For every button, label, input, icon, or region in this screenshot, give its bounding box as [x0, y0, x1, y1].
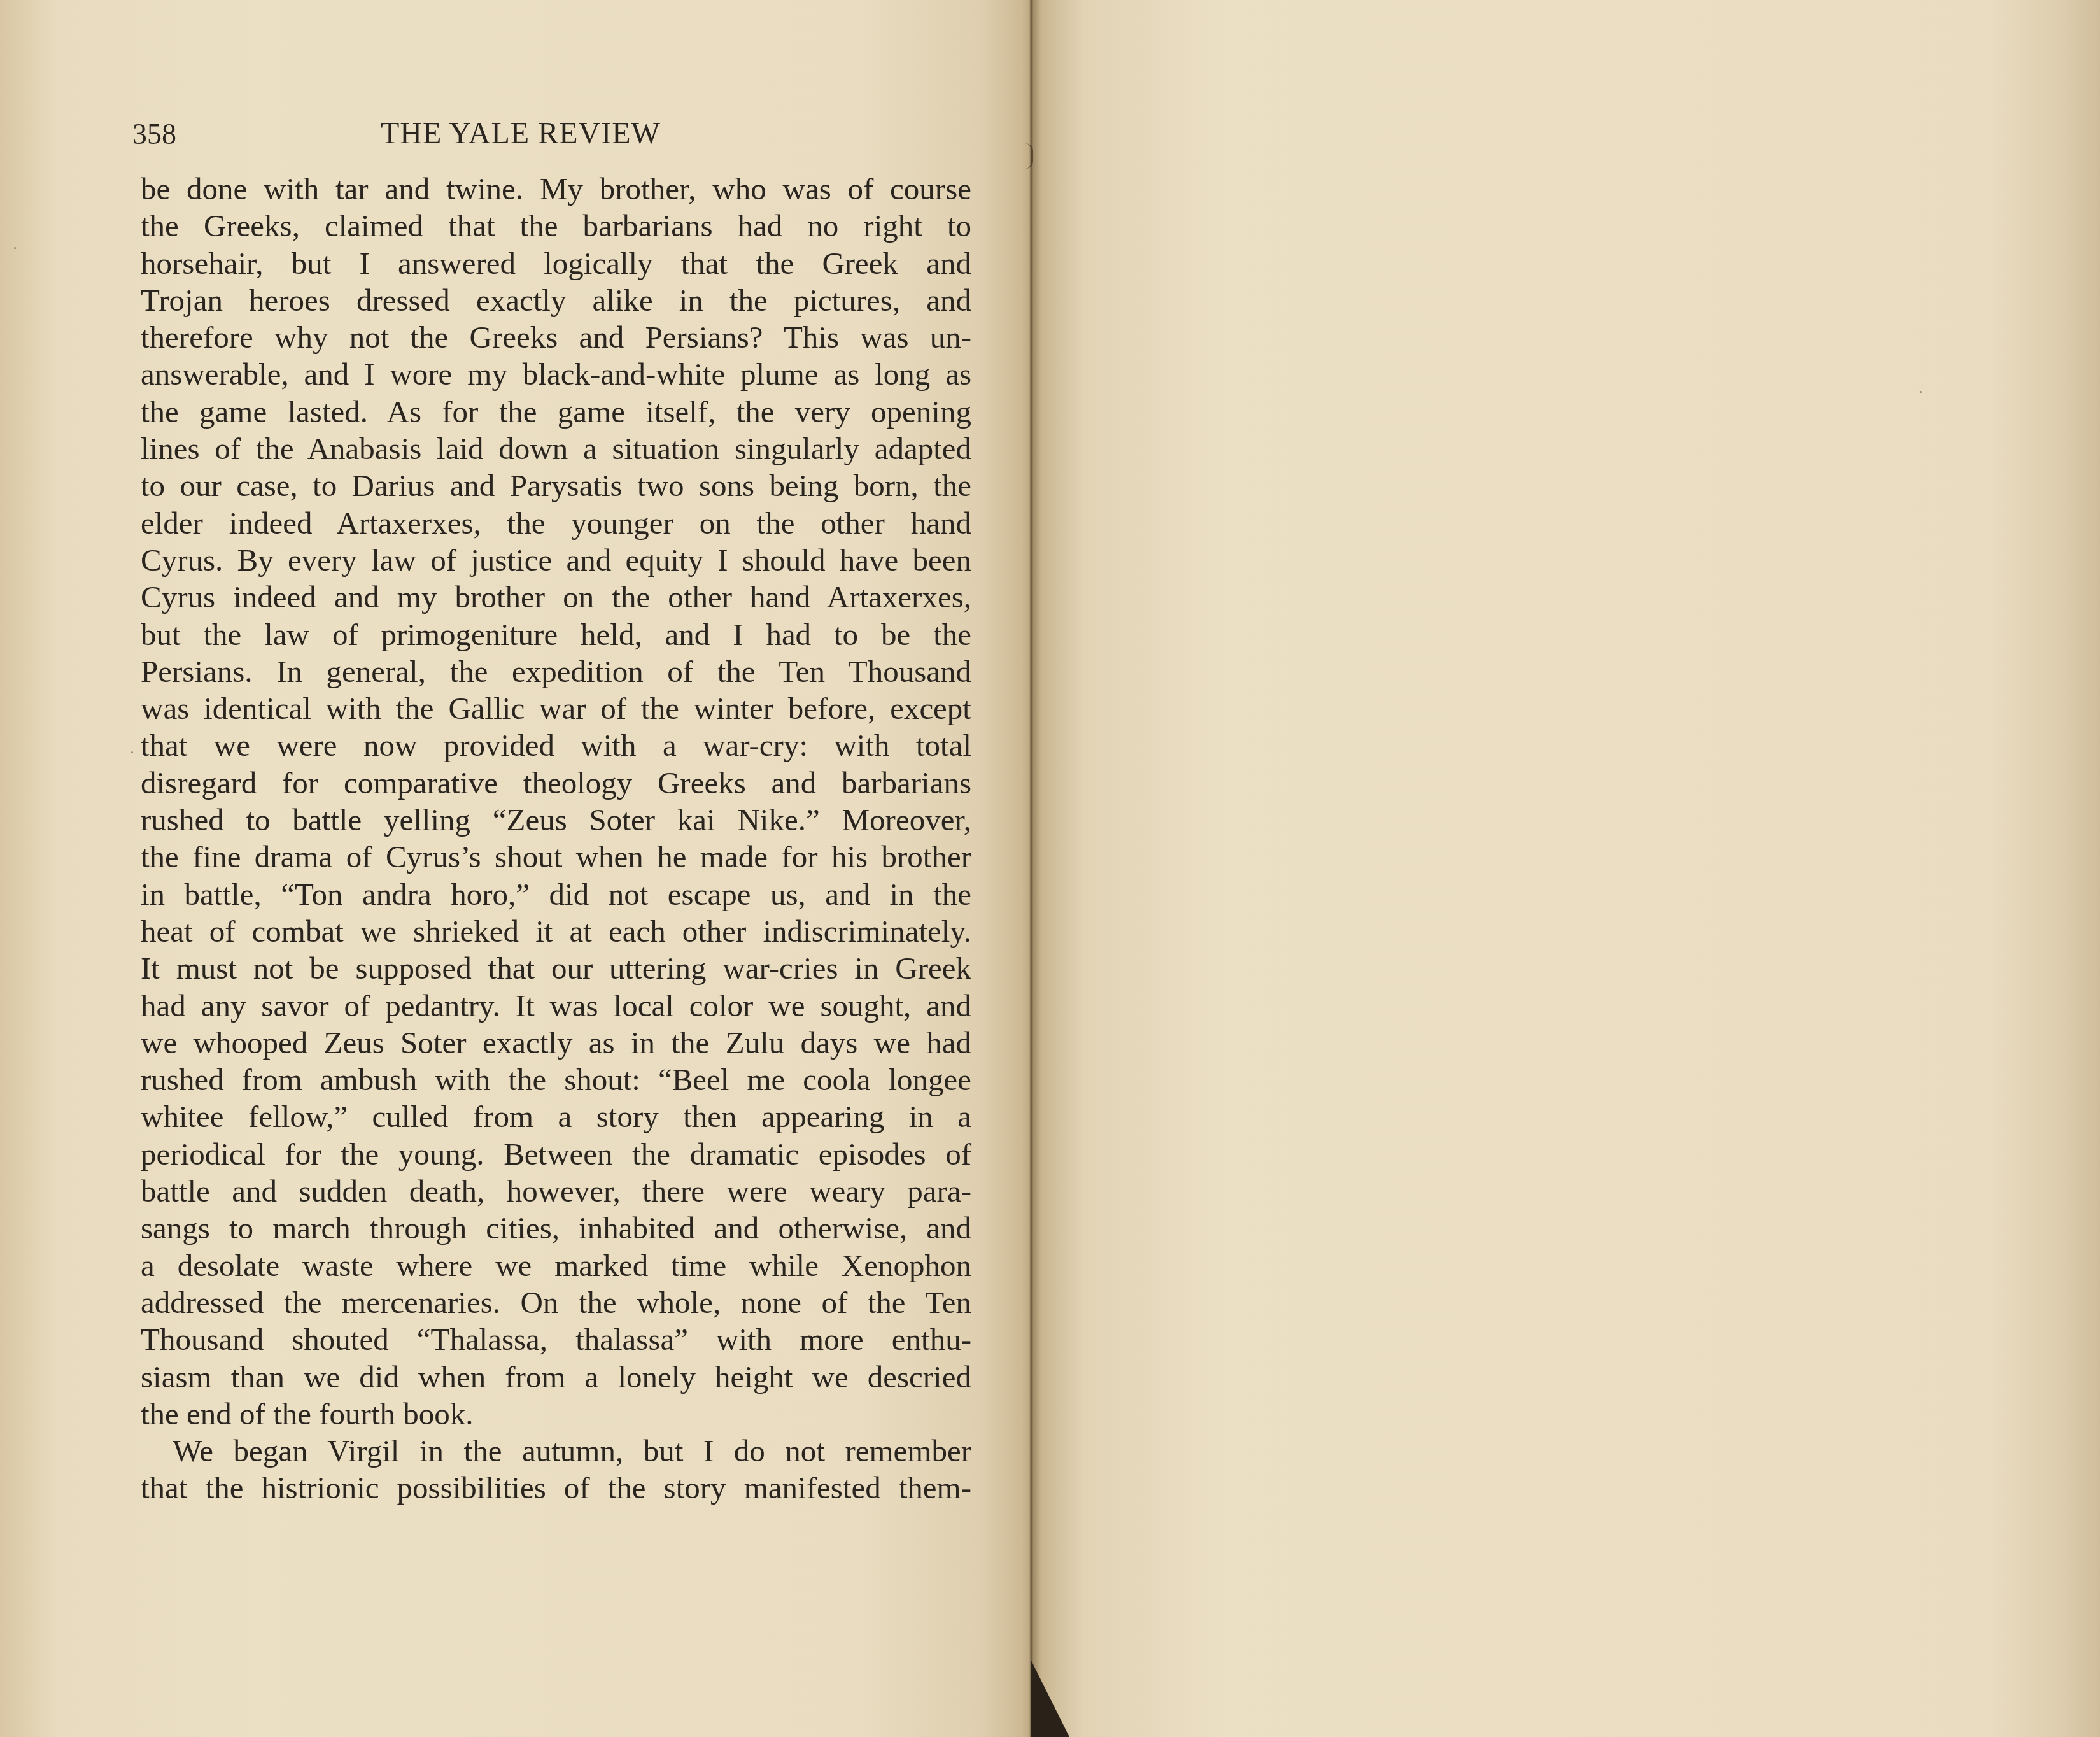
text-line: that we were now provided with a war-cry… — [141, 727, 971, 764]
text-line: but the law of primogeniture held, and I… — [141, 616, 971, 653]
text-line: periodical for the young. Between the dr… — [141, 1136, 971, 1173]
text-line: in battle, “Ton andra horo,” did not esc… — [141, 876, 971, 913]
gutter-crease — [1022, 143, 1033, 169]
text-line: to our case, to Darius and Parysatis two… — [141, 467, 971, 504]
text-line: that the histrionic possibilities of the… — [141, 1470, 971, 1507]
page-number: 358 — [132, 120, 176, 149]
text-line: We began Virgil in the autumn, but I do … — [141, 1433, 971, 1470]
running-head: THE YALE REVIEW — [381, 118, 661, 149]
paper-speck — [131, 751, 133, 753]
text-line: had any savor of pedantry. It was local … — [141, 988, 971, 1024]
text-line: rushed from ambush with the shout: “Beel… — [141, 1061, 971, 1098]
text-line: siasm than we did when from a lonely hei… — [141, 1359, 971, 1396]
text-line: rushed to battle yelling “Zeus Soter kai… — [141, 802, 971, 839]
text-line: lines of the Anabasis laid down a situat… — [141, 430, 971, 467]
text-line: Trojan heroes dressed exactly alike in t… — [141, 282, 971, 319]
book-gutter — [1029, 0, 1033, 1737]
text-line: we whooped Zeus Soter exactly as in the … — [141, 1024, 971, 1061]
text-line: sangs to march through cities, inhabited… — [141, 1210, 971, 1247]
text-line: the end of the fourth book. — [141, 1396, 971, 1433]
text-line: horsehair, but I answered logically that… — [141, 245, 971, 282]
text-line: It must not be supposed that our utterin… — [141, 950, 971, 987]
spine-shadow — [1031, 1661, 1069, 1737]
text-line: Cyrus indeed and my brother on the other… — [141, 579, 971, 616]
text-line: disregard for comparative theology Greek… — [141, 765, 971, 802]
text-line: be done with tar and twine. My brother, … — [141, 171, 971, 208]
text-line: the fine drama of Cyrus’s shout when he … — [141, 839, 971, 876]
text-line: battle and sudden death, however, there … — [141, 1173, 971, 1210]
paper-speck — [14, 247, 16, 249]
text-line: was identical with the Gallic war of the… — [141, 690, 971, 727]
paper-speck — [1920, 391, 1922, 393]
text-line: answerable, and I wore my black-and-whit… — [141, 356, 971, 393]
book-spread: 358 THE YALE REVIEW be done with tar and… — [0, 0, 2100, 1737]
text-line: the Greeks, claimed that the barbarians … — [141, 208, 971, 245]
text-line: Cyrus. By every law of justice and equit… — [141, 542, 971, 579]
text-line: a desolate waste where we marked time wh… — [141, 1247, 971, 1284]
text-line: Thousand shouted “Thalassa, thalassa” wi… — [141, 1321, 971, 1358]
left-page: 358 THE YALE REVIEW be done with tar and… — [0, 0, 1032, 1737]
text-line: heat of combat we shrieked it at each ot… — [141, 913, 971, 950]
text-line: addressed the mercenaries. On the whole,… — [141, 1284, 971, 1321]
text-line: therefore why not the Greeks and Persian… — [141, 319, 971, 356]
text-line: the game lasted. As for the game itself,… — [141, 393, 971, 430]
text-line: Persians. In general, the expedition of … — [141, 653, 971, 690]
body-text: be done with tar and twine. My brother, … — [141, 171, 971, 1507]
right-page: CLASSICS ON THE FARM 359 selves until sp… — [1032, 0, 2100, 1737]
text-line: whitee fellow,” culled from a story then… — [141, 1098, 971, 1135]
text-line: elder indeed Artaxerxes, the younger on … — [141, 505, 971, 542]
